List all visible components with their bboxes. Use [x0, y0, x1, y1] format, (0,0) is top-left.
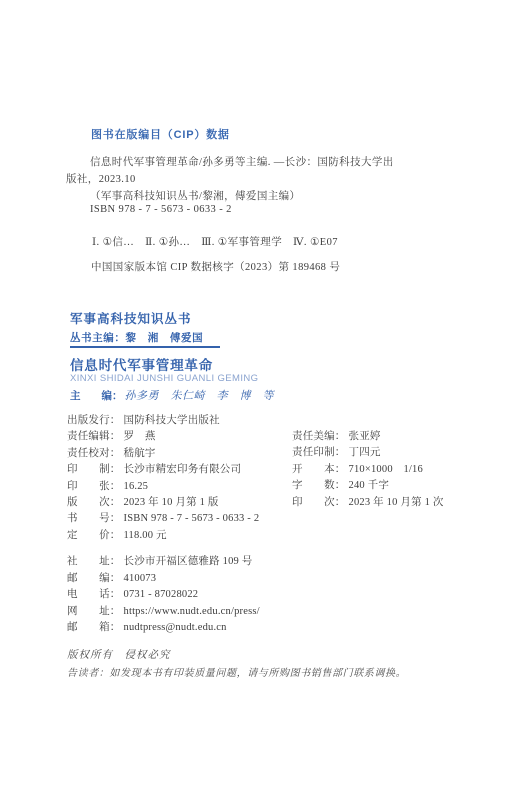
row-value: 410073 [124, 573, 157, 584]
info-row-editor: 责任编辑：罗 燕 [67, 429, 259, 445]
contact-info: 社 址：长沙市开福区德雅路 109 号 邮 编：410073 电 话：0731 … [67, 554, 260, 637]
row-label: 网 址： [67, 606, 121, 617]
info-row-art-editor: 责任美编：张亚婷 [292, 429, 444, 445]
row-value: https://www.nudt.edu.cn/press/ [124, 606, 260, 617]
row-value: 118.00 元 [124, 530, 167, 541]
row-value: 16.25 [124, 481, 149, 492]
row-label: 定 价： [67, 530, 121, 541]
info-row-publisher: 出版发行：国防科技大学出版社 [67, 413, 259, 429]
cip-record-number: 中国国家版本馆 CIP 数据核字（2023）第 189468 号 [91, 259, 340, 274]
book-title-pinyin: XINXI SHIDAI JUNSHI GUANLI GEMING [70, 373, 258, 384]
copyright-notice: 版权所有 侵权必究 [67, 647, 171, 662]
info-row-price: 定 价：118.00 元 [67, 528, 259, 544]
row-label: 出版发行： [67, 415, 121, 426]
info-row-website: 网 址：https://www.nudt.edu.cn/press/ [67, 604, 260, 621]
row-label: 开 本： [292, 464, 346, 475]
info-row-postcode: 邮 编：410073 [67, 571, 260, 588]
chief-editors: 主 编：孙多勇 朱仁崎 李 博 等 [70, 387, 274, 403]
info-row-address: 社 址：长沙市开福区德雅路 109 号 [67, 554, 260, 571]
row-label: 印 次： [292, 497, 346, 508]
divider-rule [70, 346, 220, 348]
chief-editors-names: 孙多勇 朱仁崎 李 博 等 [125, 390, 275, 402]
row-value: 2023 年 10 月第 1 次 [349, 497, 444, 508]
row-value: 2023 年 10 月第 1 版 [124, 497, 219, 508]
row-label: 书 号： [67, 513, 121, 524]
row-value: 710×1000 1/16 [349, 464, 423, 475]
info-row-wordcount: 字 数：240 千字 [292, 478, 444, 494]
row-label: 责任校对： [67, 448, 121, 459]
row-label: 电 话： [67, 589, 121, 600]
row-value: 240 千字 [349, 480, 390, 491]
row-label: 责任美编： [292, 431, 346, 442]
row-label: 责任印制： [292, 447, 346, 458]
info-row-isbn: 书 号：ISBN 978 - 7 - 5673 - 0633 - 2 [67, 511, 259, 527]
info-row-proofreader: 责任校对：嵇航宇 [67, 446, 259, 462]
copyright-page: 图书在版编目（CIP）数据 信息时代军事管理革命/孙多勇等主编. —长沙：国防科… [0, 0, 510, 800]
cip-header: 图书在版编目（CIP）数据 [91, 126, 230, 142]
cip-description-line1: 信息时代军事管理革命/孙多勇等主编. —长沙：国防科技大学出 [90, 154, 394, 169]
row-value: 长沙市开福区德雅路 109 号 [124, 556, 253, 567]
row-value: nudtpress@nudt.edu.cn [124, 622, 227, 633]
row-label: 字 数： [292, 480, 346, 491]
row-value: 罗 燕 [124, 431, 156, 442]
row-label: 社 址： [67, 556, 121, 567]
info-row-phone: 电 话：0731 - 87028022 [67, 587, 260, 604]
chief-editors-label: 主 编： [70, 390, 123, 402]
publication-info-right: 责任美编：张亚婷 责任印制：丁四元 开 本：710×1000 1/16 字 数：… [292, 429, 444, 511]
row-value: 嵇航宇 [124, 448, 156, 459]
row-value: 长沙市精宏印务有限公司 [124, 464, 242, 475]
row-label: 邮 箱： [67, 622, 121, 633]
cip-isbn: ISBN 978 - 7 - 5673 - 0633 - 2 [90, 204, 232, 215]
cip-description-line2: 版社，2023.10 [66, 171, 136, 186]
row-value: 国防科技大学出版社 [124, 415, 220, 426]
info-row-impression: 印 次：2023 年 10 月第 1 次 [292, 495, 444, 511]
row-label: 印 张： [67, 481, 121, 492]
row-label: 印 制： [67, 464, 121, 475]
row-value: 丁四元 [349, 447, 381, 458]
row-label: 版 次： [67, 497, 121, 508]
info-row-format: 开 本：710×1000 1/16 [292, 462, 444, 478]
info-row-email: 邮 箱：nudtpress@nudt.edu.cn [67, 620, 260, 637]
cip-series-note: （军事高科技知识丛书/黎湘，傅爱国主编） [90, 188, 300, 203]
reader-notice: 告读者：如发现本书有印装质量问题，请与所购图书销售部门联系调换。 [67, 664, 406, 679]
row-value: 0731 - 87028022 [124, 589, 199, 600]
info-row-printer: 印 制：长沙市精宏印务有限公司 [67, 462, 259, 478]
series-title: 军事高科技知识丛书 [70, 309, 192, 327]
info-row-print-supervisor: 责任印制：丁四元 [292, 445, 444, 461]
row-value: ISBN 978 - 7 - 5673 - 0633 - 2 [124, 513, 260, 524]
row-label: 责任编辑： [67, 431, 121, 442]
cip-classification: Ⅰ. ①信… Ⅱ. ①孙… Ⅲ. ①军事管理学 Ⅳ. ①E07 [92, 234, 338, 249]
series-editors: 丛书主编：黎 湘 傅爱国 [70, 330, 203, 345]
row-label: 邮 编： [67, 573, 121, 584]
book-title: 信息时代军事管理革命 [70, 354, 213, 374]
info-row-edition: 版 次：2023 年 10 月第 1 版 [67, 495, 259, 511]
row-value: 张亚婷 [349, 431, 381, 442]
publication-info-left: 出版发行：国防科技大学出版社 责任编辑：罗 燕 责任校对：嵇航宇 印 制：长沙市… [67, 413, 259, 544]
info-row-sheets: 印 张：16.25 [67, 479, 259, 495]
